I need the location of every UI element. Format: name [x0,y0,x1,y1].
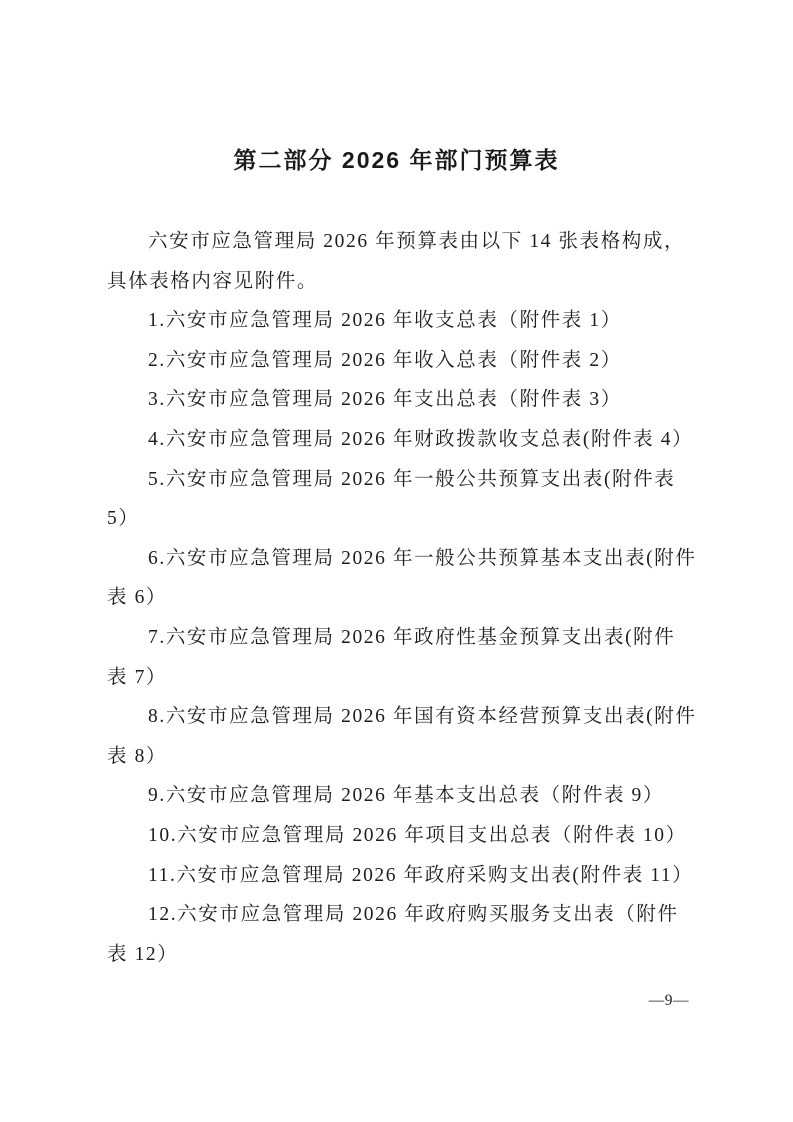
body-line: 表 7） [107,658,689,698]
page-number: —9— [649,992,689,1010]
body-line: 10.六安市应急管理局 2026 年项目支出总表（附件表 10） [107,816,689,856]
body-line: 6.六安市应急管理局 2026 年一般公共预算基本支出表(附件 [107,539,689,579]
body-line: 12.六安市应急管理局 2026 年政府购买服务支出表（附件 [107,895,689,935]
page-title: 第二部分 2026 年部门预算表 [0,142,793,175]
document-body: 六安市应急管理局 2026 年预算表由以下 14 张表格构成，具体表格内容见附件… [107,222,689,974]
body-line: 7.六安市应急管理局 2026 年政府性基金预算支出表(附件 [107,618,689,658]
body-line: 表 12） [107,935,689,975]
body-line: 5.六安市应急管理局 2026 年一般公共预算支出表(附件表 [107,460,689,500]
body-line: 1.六安市应急管理局 2026 年收支总表（附件表 1） [107,301,689,341]
body-line: 表 6） [107,578,689,618]
body-line: 4.六安市应急管理局 2026 年财政拨款收支总表(附件表 4） [107,420,689,460]
body-line: 11.六安市应急管理局 2026 年政府采购支出表(附件表 11） [107,856,689,896]
body-line: 六安市应急管理局 2026 年预算表由以下 14 张表格构成， [107,222,689,262]
body-line: 表 8） [107,737,689,777]
body-line: 2.六安市应急管理局 2026 年收入总表（附件表 2） [107,341,689,381]
body-line: 9.六安市应急管理局 2026 年基本支出总表（附件表 9） [107,776,689,816]
body-line: 8.六安市应急管理局 2026 年国有资本经营预算支出表(附件 [107,697,689,737]
body-line: 具体表格内容见附件。 [107,262,689,302]
body-line: 5） [107,499,689,539]
document-page: 第二部分 2026 年部门预算表 六安市应急管理局 2026 年预算表由以下 1… [0,0,793,1122]
body-line: 3.六安市应急管理局 2026 年支出总表（附件表 3） [107,380,689,420]
